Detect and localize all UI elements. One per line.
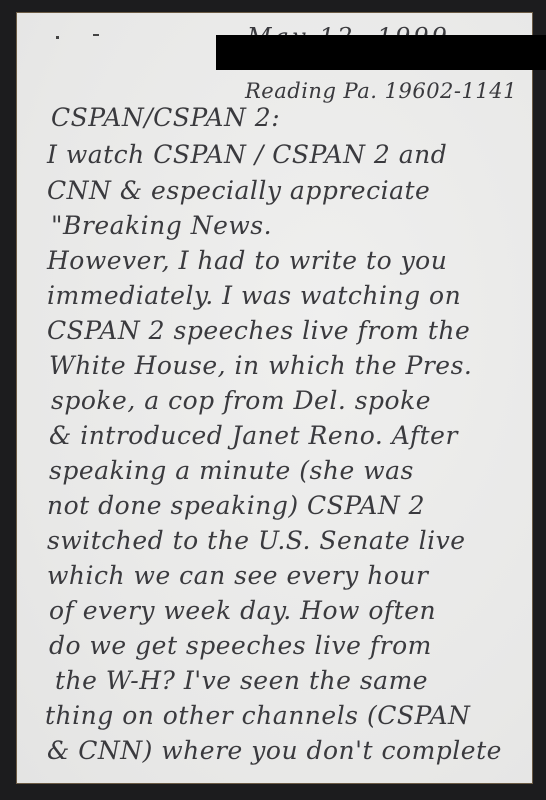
letter-line: CNN & especially appreciate [47, 176, 430, 205]
letter-line: the W-H? I've seen the same [55, 666, 428, 695]
scan-frame: May 12, 1999 Reading Pa. 19602-1141 CSPA… [0, 0, 546, 800]
letter-line: However, I had to write to you [47, 246, 447, 275]
letter-line: spoke, a cop from Del. spoke [51, 386, 431, 415]
letter-line: speaking a minute (she was [49, 456, 414, 485]
letter-line: immediately. I was watching on [47, 281, 461, 310]
letter-page: May 12, 1999 Reading Pa. 19602-1141 CSPA… [17, 13, 532, 783]
letter-line: CSPAN 2 speeches live from the [47, 316, 470, 345]
redaction-bar [216, 35, 546, 70]
stray-mark-dot [56, 36, 59, 39]
letter-line: of every week day. How often [49, 596, 436, 625]
letter-line: not done speaking) CSPAN 2 [47, 491, 425, 520]
stray-mark-dash [93, 34, 99, 36]
letter-line: & CNN) where you don't complete [47, 736, 502, 765]
letter-line: "Breaking News. [51, 211, 272, 240]
letter-salutation: CSPAN/CSPAN 2: [51, 103, 280, 132]
letter-line: I watch CSPAN / CSPAN 2 and [47, 140, 447, 169]
letter-line: switched to the U.S. Senate live [47, 526, 466, 555]
sender-address: Reading Pa. 19602-1141 [245, 79, 517, 103]
letter-line: White House, in which the Pres. [49, 351, 472, 380]
letter-line: & introduced Janet Reno. After [49, 421, 458, 450]
letter-line: do we get speeches live from [49, 631, 432, 660]
letter-line: which we can see every hour [47, 561, 428, 590]
letter-line: thing on other channels (CSPAN [45, 701, 470, 730]
